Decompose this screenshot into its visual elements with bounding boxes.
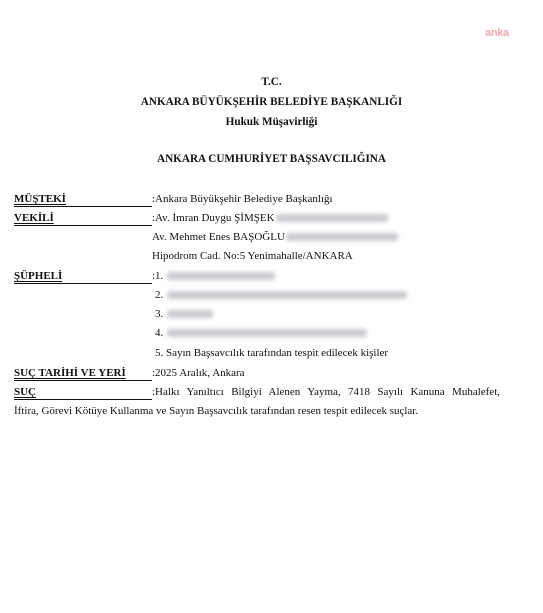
field-supheli: ŞÜPHELİ :1. [14, 267, 534, 285]
field-value-suc-continued: İftira, Görevi Kötüye Kullanma ve Sayın … [14, 402, 418, 420]
field-label-supheli: ŞÜPHELİ [14, 267, 152, 284]
field-label-suc: SUÇ [14, 383, 152, 400]
suspect-2: 2. [155, 286, 407, 304]
header-tc: T.C. [0, 76, 543, 88]
redacted-bar-icon [167, 329, 367, 337]
watermark-logo: anka [485, 27, 509, 39]
suspect-number: 5. [155, 347, 163, 359]
suspect-4: 4. [155, 324, 367, 342]
field-value-suc: :Halkı Yanıltıcı Bilgiyi Alenen Yayma, 7… [152, 383, 500, 401]
attorney-name-2: Av. Mehmet Enes BAŞOĞLU [152, 231, 285, 243]
redacted-bar-icon [167, 291, 407, 299]
redacted-bar-icon [286, 233, 398, 241]
redacted-bar-icon [276, 214, 388, 222]
field-supheli-2: 2. [14, 286, 534, 304]
field-value-vekili-1: :Av. İmran Duygu ŞİMŞEK [152, 209, 388, 227]
attorney-name-1: :Av. İmran Duygu ŞİMŞEK [152, 212, 275, 224]
header-department: Hukuk Müşavirliği [0, 116, 543, 128]
field-label-vekili: VEKİLİ [14, 209, 152, 226]
field-value-musteki: :Ankara Büyükşehir Belediye Başkanlığı [152, 190, 333, 208]
field-vekili-line3: Hipodrom Cad. No:5 Yenimahalle/ANKARA [14, 247, 534, 265]
suspect-1: :1. [152, 267, 275, 285]
suspect-text: Sayın Başsavcılık tarafından tespit edil… [166, 347, 388, 359]
field-value-suc-tarihi: :2025 Aralık, Ankara [152, 364, 245, 382]
suspect-number: 3. [155, 308, 163, 320]
field-suc-tarihi: SUÇ TARİHİ VE YERİ :2025 Aralık, Ankara [14, 364, 534, 382]
field-supheli-5: 5. Sayın Başsavcılık tarafından tespit e… [14, 344, 534, 362]
suspect-3: 3. [155, 305, 213, 323]
field-musteki: MÜŞTEKİ :Ankara Büyükşehir Belediye Başk… [14, 190, 534, 208]
field-label-suc-tarihi: SUÇ TARİHİ VE YERİ [14, 364, 152, 381]
field-vekili: VEKİLİ :Av. İmran Duygu ŞİMŞEK [14, 209, 534, 227]
suspect-number: 4. [155, 327, 163, 339]
field-supheli-3: 3. [14, 305, 534, 323]
field-suc: SUÇ :Halkı Yanıltıcı Bilgiyi Alenen Yaym… [14, 383, 534, 401]
header-institution: ANKARA BÜYÜKŞEHİR BELEDİYE BAŞKANLIĞI [0, 96, 543, 108]
field-value-vekili-2: Av. Mehmet Enes BAŞOĞLU [152, 228, 398, 246]
suspect-5: 5. Sayın Başsavcılık tarafından tespit e… [155, 344, 388, 362]
field-supheli-4: 4. [14, 324, 534, 342]
addressee: ANKARA CUMHURİYET BAŞSAVCILIĞINA [0, 153, 543, 165]
field-vekili-line2: Av. Mehmet Enes BAŞOĞLU [14, 228, 534, 246]
suspect-number: :1. [152, 270, 163, 282]
redacted-bar-icon [167, 272, 275, 280]
field-value-vekili-address: Hipodrom Cad. No:5 Yenimahalle/ANKARA [152, 247, 353, 265]
redacted-bar-icon [167, 310, 213, 318]
suspect-number: 2. [155, 289, 163, 301]
field-label-musteki: MÜŞTEKİ [14, 190, 152, 207]
